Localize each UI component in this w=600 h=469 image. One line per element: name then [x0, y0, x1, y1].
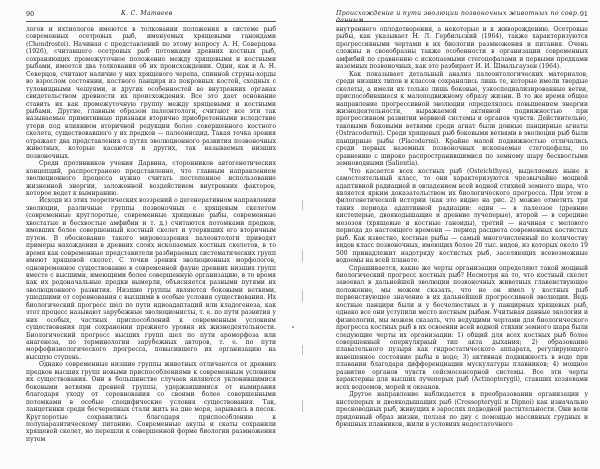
page-number: 91: [580, 10, 588, 18]
right-page-header: Происхождение и пути эволюции позвоночны…: [336, 9, 588, 22]
paragraph: внутреннего оплодотворения, а некоторые …: [336, 26, 588, 71]
page-number: 90: [26, 10, 34, 18]
paragraph: логов и ихтиологов имеются в толковании …: [26, 26, 276, 160]
paragraph: Однако современные низшие группы животны…: [26, 361, 276, 443]
paragraph: Другое направление наблюдается в преобра…: [336, 391, 588, 428]
scan-gutter-mark: [302, 200, 303, 210]
right-page: Происхождение и пути эволюции позвоночны…: [300, 0, 600, 469]
running-head-title: Происхождение и пути эволюции позвоночны…: [336, 10, 588, 24]
right-page-body: внутреннего оплодотворения, а некоторые …: [336, 26, 588, 428]
left-page-body: логов и ихтиологов имеются в толковании …: [26, 26, 276, 443]
scan-speck: [292, 326, 294, 328]
left-page-header: 90 К. С. Матвеев: [26, 9, 276, 22]
paragraph: Среди противников учения Дарвина, сторон…: [26, 160, 276, 197]
scan-gutter-mark: [302, 290, 303, 302]
paragraph: Исходя из этих теоретических воззрений о…: [26, 197, 276, 361]
left-page: 90 К. С. Матвеев логов и ихтиологов имею…: [0, 0, 298, 469]
paragraph: Что касается всех костных рыб (Osteichth…: [336, 168, 588, 265]
running-head-author: К. С. Матвеев: [121, 10, 173, 17]
scan-gutter-mark: [302, 345, 303, 355]
paragraph: Как показывает детальный анализ палеонто…: [336, 71, 588, 168]
paragraph: Спрашивается, какие же черты организации…: [336, 265, 588, 392]
scan-gutter-mark: [302, 400, 303, 412]
scan-gutter-mark: [302, 250, 303, 262]
